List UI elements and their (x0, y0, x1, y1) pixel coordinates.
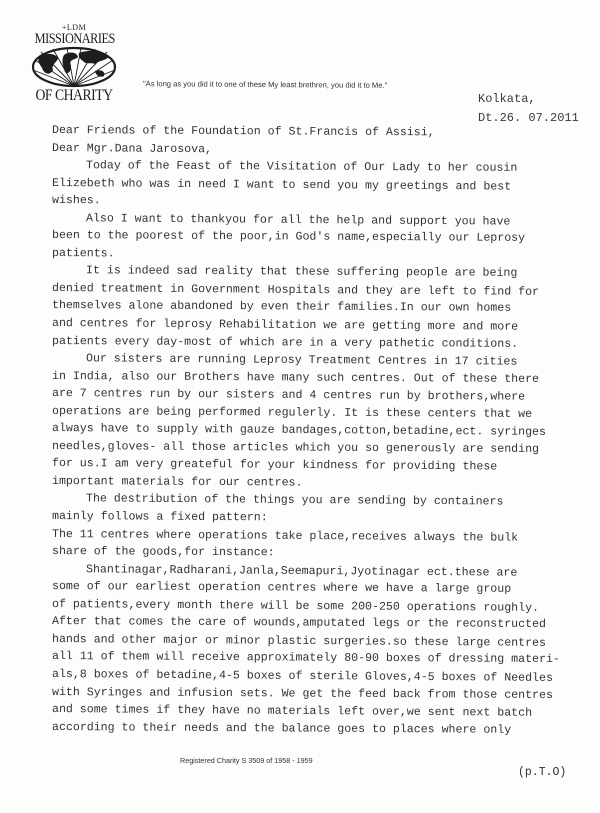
page-turn-over: (p.T.O) (518, 766, 566, 779)
letter-body: Dear Friends of the Foundation of St.Fra… (52, 122, 592, 736)
letterhead-motto: "As long as you did it to one of these M… (143, 79, 387, 90)
globe-icon (31, 46, 117, 88)
letter-line: according to their needs and the balance… (52, 719, 592, 740)
registration-footer: Registered Charity S 3509 of 1958 - 1959 (180, 756, 313, 765)
logo-title-bottom: OF CHARITY (33, 88, 116, 103)
letter-page: +LDM MISSIONARIES OF CHARITY "As long (0, 0, 600, 813)
logo-title-top: MISSIONARIES (35, 32, 114, 46)
missionaries-of-charity-logo: +LDM MISSIONARIES OF CHARITY (26, 24, 122, 104)
letter-place: Kolkata, (478, 92, 536, 106)
